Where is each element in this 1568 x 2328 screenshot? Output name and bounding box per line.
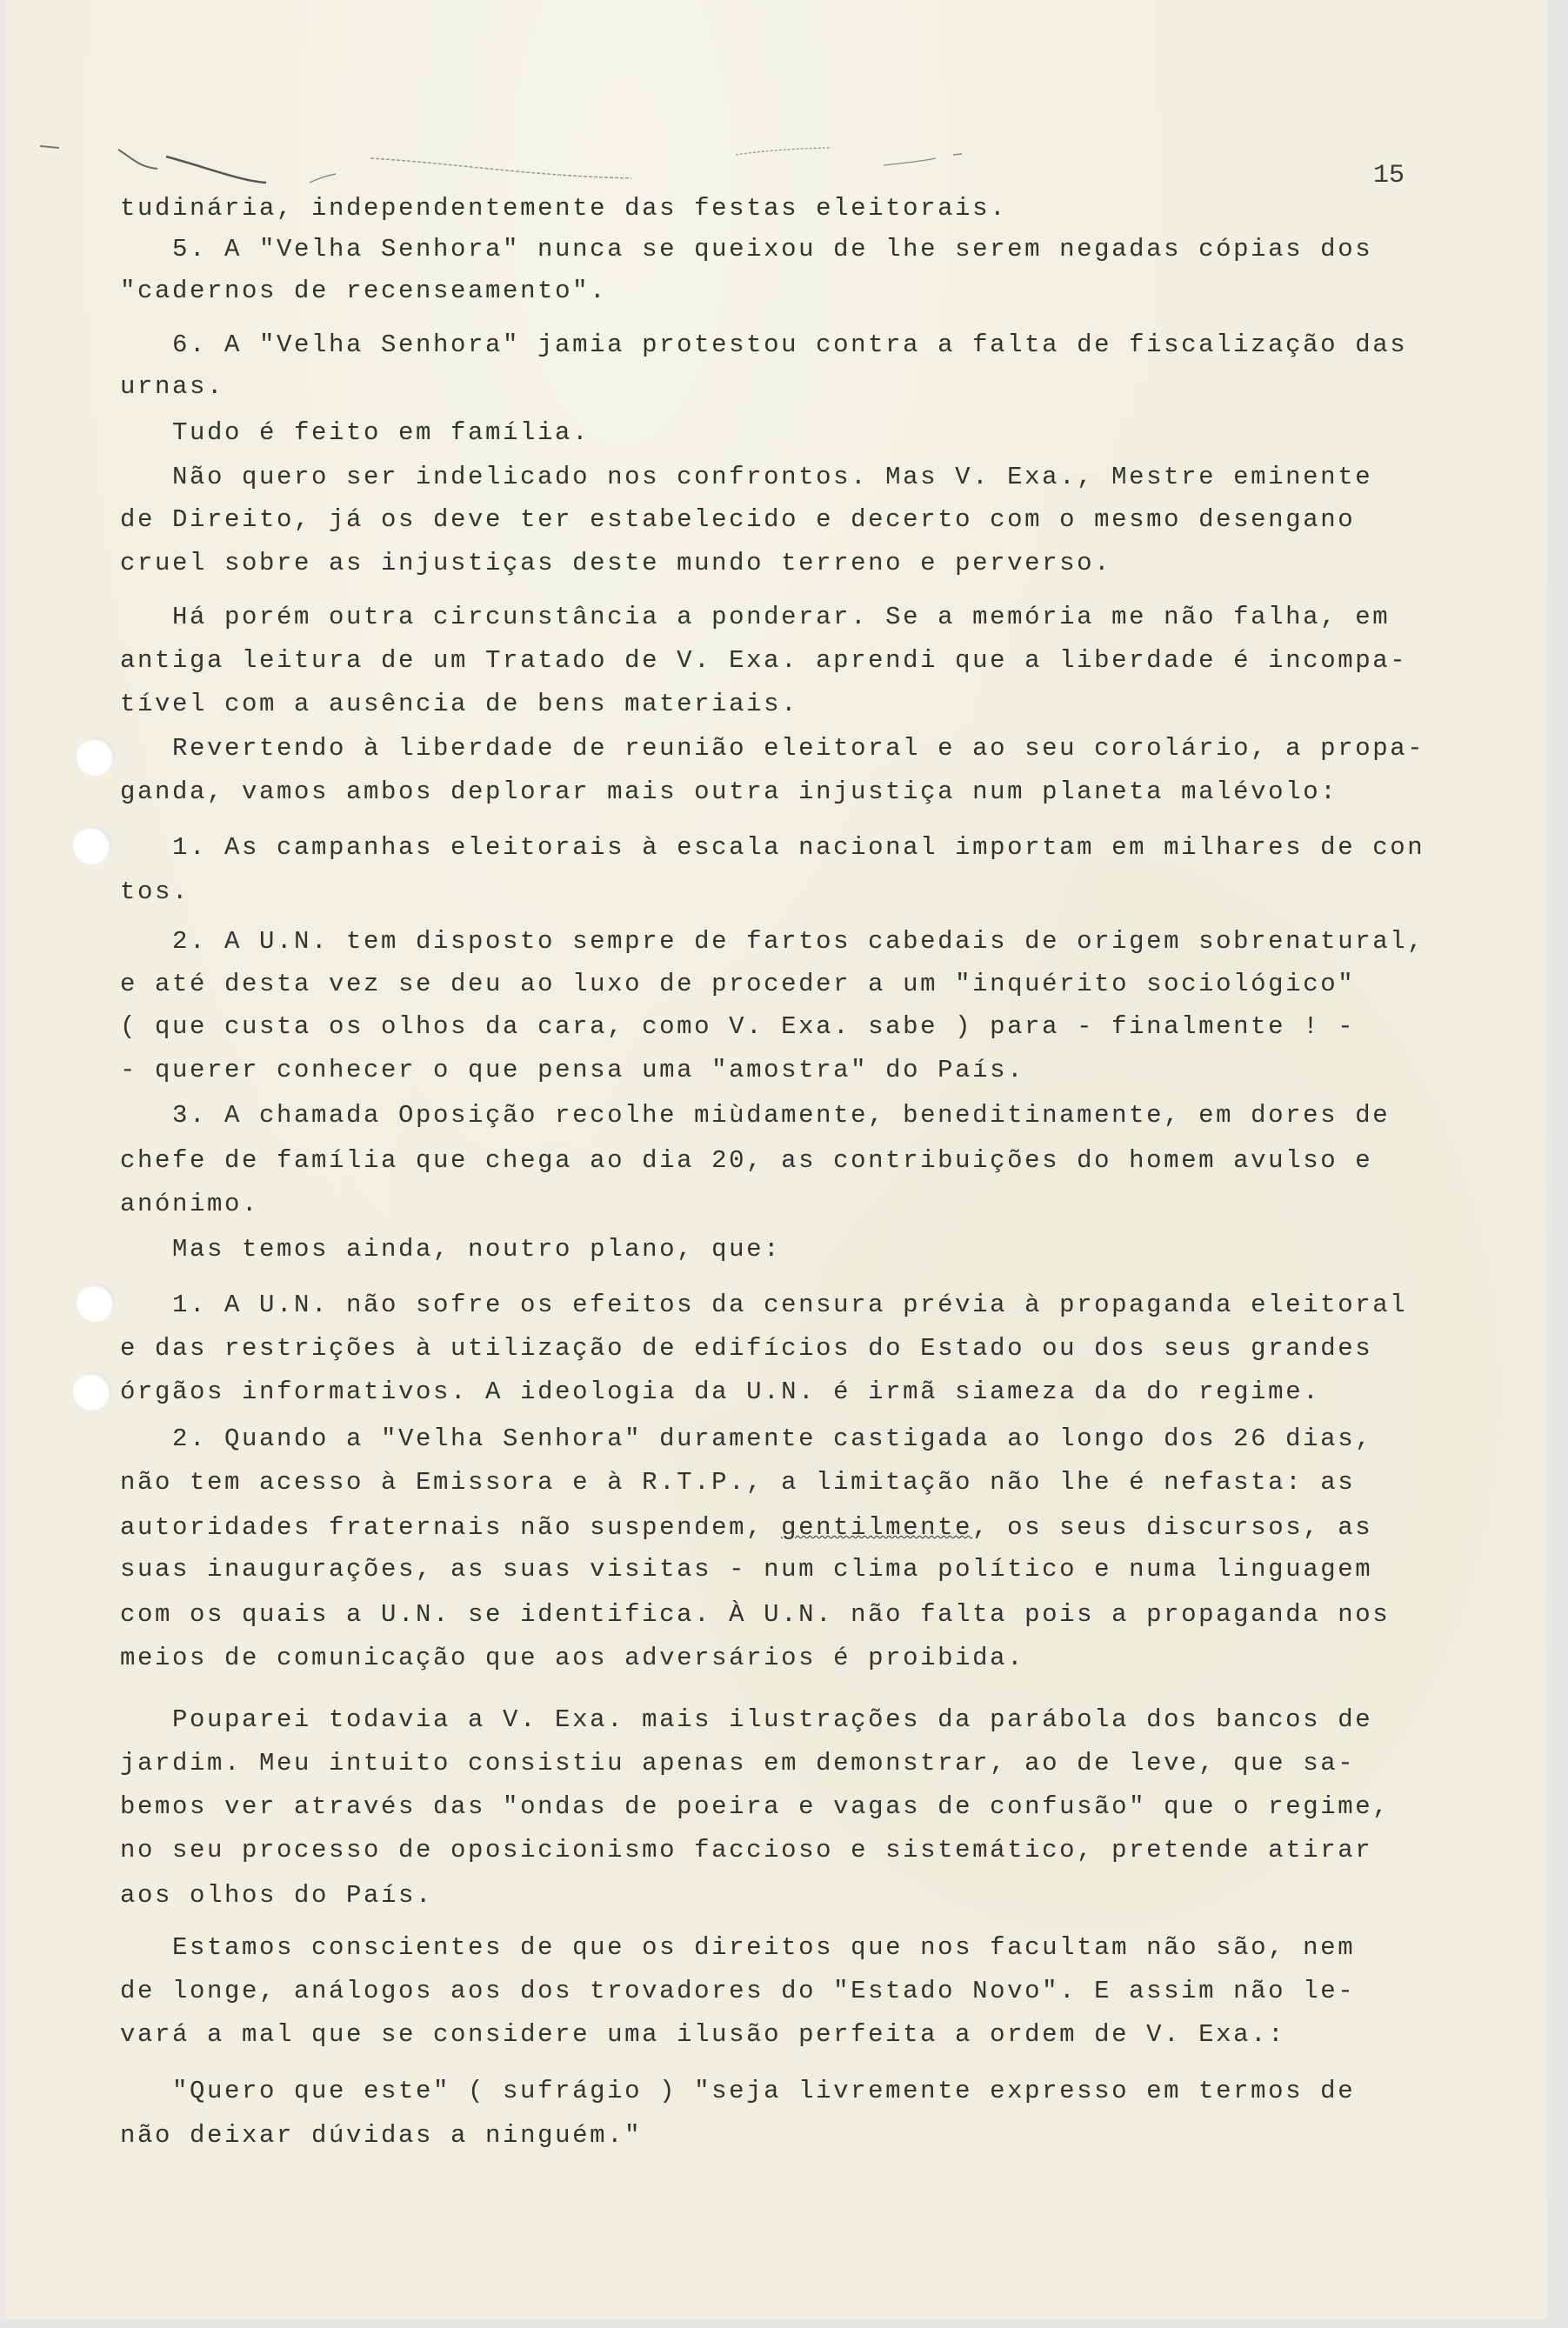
text-line: chefe de família que chega ao dia 20, as… [120,1139,1372,1183]
text-line: tível com a ausência de bens materiais. [120,683,798,726]
text-line: com os quais a U.N. se identifica. À U.N… [120,1593,1390,1637]
text-line: anónimo. [120,1183,259,1226]
text-line: antiga leitura de um Tratado de V. Exa. … [120,639,1407,683]
text-line: Pouparei todavia a V. Exa. mais ilustraç… [172,1698,1372,1742]
text-line: aos olhos do País. [120,1874,433,1918]
document-page: 15 tudinária, independentemente das fest… [5,0,1546,2319]
text-line: 2. Quando a "Velha Senhora" duramente ca… [172,1417,1372,1461]
text-line: bemos ver através das "ondas de poeira e… [120,1785,1390,1829]
text-line: - querer conhecer o que pensa uma "amost… [120,1049,1024,1092]
punch-hole [77,737,115,776]
text-line: suas inaugurações, as suas visitas - num… [120,1548,1372,1591]
text-line: vará a mal que se considere uma ilusão p… [120,2013,1285,2057]
page-number: 15 [1373,161,1405,190]
text-line: Estamos conscientes de que os direitos q… [172,1926,1355,1970]
text-line: autoridades fraternais não suspendem, ge… [120,1506,1372,1550]
text-line: Revertendo à liberdade de reunião eleito… [172,727,1425,770]
punch-hole [73,1372,111,1411]
punch-hole [73,826,111,864]
text-line: e das restrições à utilização de edifíci… [120,1327,1372,1371]
text-line: tos. [120,870,190,914]
text-line: Há porém outra circunstância a ponderar.… [172,596,1390,639]
text-line: 5. A "Velha Senhora" nunca se queixou de… [172,228,1372,271]
text-line: "Quero que este" ( sufrágio ) "seja livr… [172,2070,1355,2113]
text-line: órgãos informativos. A ideologia da U.N.… [120,1371,1320,1414]
text-line: cruel sobre as injustiças deste mundo te… [120,542,1111,585]
scan-margin-right [1546,0,1568,2328]
text-line: 2. A U.N. tem disposto sempre de fartos … [172,920,1425,964]
text-line: não deixar dúvidas a ninguém." [120,2114,642,2158]
text-line: Mas temos ainda, noutro plano, que: [172,1228,781,1271]
text-line: ganda, vamos ambos deplorar mais outra i… [120,770,1338,814]
text-line: Não quero ser indelicado nos confrontos.… [172,456,1372,499]
text-line: tudinária, independentemente das festas … [120,187,1007,230]
underlined-word: gentilmente [781,1513,972,1542]
text-line: 1. A U.N. não sofre os efeitos da censur… [172,1284,1407,1327]
scan-margin-bottom [0,2319,1568,2328]
text-line: "cadernos de recenseamento". [120,270,607,313]
punch-hole [77,1284,115,1322]
text-line: 6. A "Velha Senhora" jamia protestou con… [172,324,1407,367]
text-line: urnas. [120,365,224,409]
text-line: 1. As campanhas eleitorais à escala naci… [172,826,1425,870]
text-line: não tem acesso à Emissora e à R.T.P., a … [120,1461,1355,1504]
text-line: jardim. Meu intuito consistiu apenas em … [120,1742,1355,1785]
text-line: de Direito, já os deve ter estabelecido … [120,498,1355,542]
text-line: e até desta vez se deu ao luxo de proced… [120,963,1355,1006]
text-line: Tudo é feito em família. [172,411,590,455]
text-line: no seu processo de oposicionismo faccios… [120,1829,1372,1872]
text-line: de longe, análogos aos dos trovadores do… [120,1970,1355,2013]
text-line: 3. A chamada Oposição recolhe miùdamente… [172,1094,1390,1137]
text-line: meios de comunicação que aos adversários… [120,1637,1024,1680]
text-line: ( que custa os olhos da cara, como V. Ex… [120,1005,1355,1049]
